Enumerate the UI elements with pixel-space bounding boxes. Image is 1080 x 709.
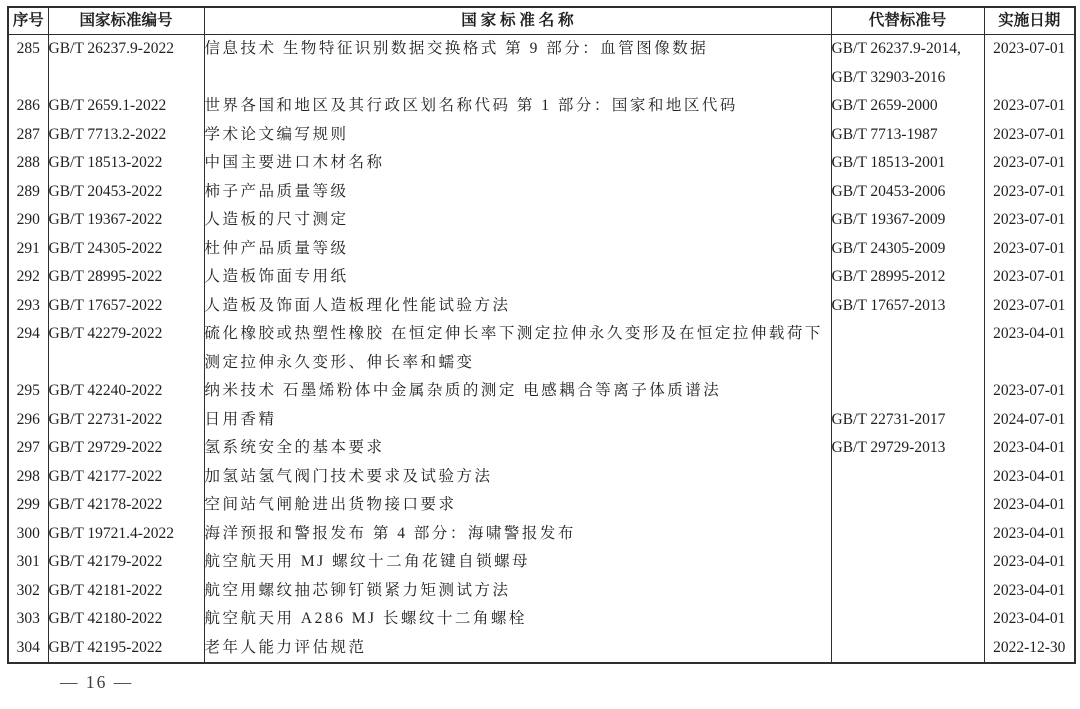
cell-code: GB/T 28995-2022 [48,263,204,292]
cell-code: GB/T 20453-2022 [48,178,204,207]
cell-name: 人造板饰面专用纸 [204,263,831,292]
cell-replaces: GB/T 29729-2013 [831,434,984,463]
table-row: 286GB/T 2659.1-2022世界各国和地区及其行政区划名称代码 第 1… [8,92,1075,121]
table-row: 297GB/T 29729-2022氢系统安全的基本要求GB/T 29729-2… [8,434,1075,463]
cell-code: GB/T 42195-2022 [48,634,204,664]
cell-date: 2023-04-01 [984,491,1075,520]
cell-index: 300 [8,520,48,549]
cell-index: 298 [8,463,48,492]
cell-name: 航空航天用 A286 MJ 长螺纹十二角螺栓 [204,605,831,634]
cell-index: 295 [8,377,48,406]
table-row: 285GB/T 26237.9-2022信息技术 生物特征识别数据交换格式 第 … [8,35,1075,93]
cell-code: GB/T 18513-2022 [48,149,204,178]
cell-replaces: GB/T 18513-2001 [831,149,984,178]
table-row: 304GB/T 42195-2022老年人能力评估规范2022-12-30 [8,634,1075,664]
table-row: 289GB/T 20453-2022柿子产品质量等级GB/T 20453-200… [8,178,1075,207]
header-code: 国家标准编号 [48,7,204,35]
table-row: 299GB/T 42178-2022空间站气闸舱进出货物接口要求2023-04-… [8,491,1075,520]
cell-code: GB/T 17657-2022 [48,292,204,321]
cell-index: 299 [8,491,48,520]
cell-code: GB/T 22731-2022 [48,406,204,435]
cell-index: 288 [8,149,48,178]
table-row: 302GB/T 42181-2022航空用螺纹抽芯铆钉锁紧力矩测试方法2023-… [8,577,1075,606]
cell-replaces [831,605,984,634]
standards-table: 序号 国家标准编号 国 家 标 准 名 称 代替标准号 实施日期 285GB/T… [7,6,1076,664]
cell-date: 2023-07-01 [984,292,1075,321]
cell-date: 2023-04-01 [984,463,1075,492]
cell-replaces: GB/T 20453-2006 [831,178,984,207]
cell-name: 日用香精 [204,406,831,435]
document-page: 序号 国家标准编号 国 家 标 准 名 称 代替标准号 实施日期 285GB/T… [0,0,1080,709]
cell-name: 信息技术 生物特征识别数据交换格式 第 9 部分：血管图像数据 [204,35,831,93]
cell-date: 2023-07-01 [984,92,1075,121]
header-row: 序号 国家标准编号 国 家 标 准 名 称 代替标准号 实施日期 [8,7,1075,35]
cell-date: 2024-07-01 [984,406,1075,435]
cell-replaces: GB/T 28995-2012 [831,263,984,292]
cell-date: 2023-07-01 [984,35,1075,93]
cell-date: 2023-07-01 [984,149,1075,178]
cell-date: 2023-07-01 [984,206,1075,235]
cell-index: 301 [8,548,48,577]
cell-replaces: GB/T 26237.9-2014, GB/T 32903-2016 [831,35,984,93]
cell-replaces: GB/T 7713-1987 [831,121,984,150]
cell-name: 人造板及饰面人造板理化性能试验方法 [204,292,831,321]
cell-index: 297 [8,434,48,463]
cell-name: 杜仲产品质量等级 [204,235,831,264]
cell-date: 2023-07-01 [984,235,1075,264]
cell-date: 2023-04-01 [984,548,1075,577]
table-body: 285GB/T 26237.9-2022信息技术 生物特征识别数据交换格式 第 … [8,35,1075,664]
table-row: 301GB/T 42179-2022航空航天用 MJ 螺纹十二角花键自锁螺母20… [8,548,1075,577]
cell-replaces [831,634,984,664]
cell-index: 302 [8,577,48,606]
cell-name: 中国主要进口木材名称 [204,149,831,178]
cell-name: 柿子产品质量等级 [204,178,831,207]
header-index: 序号 [8,7,48,35]
table-row: 292GB/T 28995-2022人造板饰面专用纸GB/T 28995-201… [8,263,1075,292]
cell-replaces [831,491,984,520]
cell-index: 289 [8,178,48,207]
cell-name: 纳米技术 石墨烯粉体中金属杂质的测定 电感耦合等离子体质谱法 [204,377,831,406]
cell-index: 285 [8,35,48,93]
cell-index: 290 [8,206,48,235]
cell-index: 294 [8,320,48,377]
table-row: 296GB/T 22731-2022日用香精GB/T 22731-2017202… [8,406,1075,435]
cell-date: 2023-04-01 [984,434,1075,463]
table-row: 300GB/T 19721.4-2022海洋预报和警报发布 第 4 部分：海啸警… [8,520,1075,549]
cell-code: GB/T 42177-2022 [48,463,204,492]
table-row: 290GB/T 19367-2022人造板的尺寸测定GB/T 19367-200… [8,206,1075,235]
cell-code: GB/T 42279-2022 [48,320,204,377]
cell-replaces [831,577,984,606]
cell-date: 2023-04-01 [984,577,1075,606]
cell-code: GB/T 42179-2022 [48,548,204,577]
cell-replaces [831,548,984,577]
cell-date: 2023-04-01 [984,605,1075,634]
cell-index: 304 [8,634,48,664]
page-number: — 16 — [60,672,133,693]
header-replaces: 代替标准号 [831,7,984,35]
cell-name: 老年人能力评估规范 [204,634,831,664]
table-row: 303GB/T 42180-2022航空航天用 A286 MJ 长螺纹十二角螺栓… [8,605,1075,634]
table-row: 287GB/T 7713.2-2022学术论文编写规则GB/T 7713-198… [8,121,1075,150]
header-name: 国 家 标 准 名 称 [204,7,831,35]
table-row: 295GB/T 42240-2022纳米技术 石墨烯粉体中金属杂质的测定 电感耦… [8,377,1075,406]
cell-date: 2023-07-01 [984,121,1075,150]
cell-replaces: GB/T 22731-2017 [831,406,984,435]
cell-index: 291 [8,235,48,264]
cell-name: 人造板的尺寸测定 [204,206,831,235]
cell-code: GB/T 24305-2022 [48,235,204,264]
cell-index: 286 [8,92,48,121]
cell-date: 2023-07-01 [984,263,1075,292]
cell-index: 287 [8,121,48,150]
cell-code: GB/T 26237.9-2022 [48,35,204,93]
table-row: 298GB/T 42177-2022加氢站氢气阀门技术要求及试验方法2023-0… [8,463,1075,492]
cell-date: 2023-07-01 [984,377,1075,406]
cell-code: GB/T 42178-2022 [48,491,204,520]
cell-name: 氢系统安全的基本要求 [204,434,831,463]
cell-date: 2023-07-01 [984,178,1075,207]
cell-replaces [831,320,984,377]
cell-replaces: GB/T 24305-2009 [831,235,984,264]
cell-code: GB/T 42240-2022 [48,377,204,406]
cell-name: 学术论文编写规则 [204,121,831,150]
cell-index: 292 [8,263,48,292]
cell-code: GB/T 29729-2022 [48,434,204,463]
cell-code: GB/T 19367-2022 [48,206,204,235]
table-header: 序号 国家标准编号 国 家 标 准 名 称 代替标准号 实施日期 [8,7,1075,35]
cell-index: 303 [8,605,48,634]
cell-replaces [831,520,984,549]
cell-replaces: GB/T 2659-2000 [831,92,984,121]
cell-code: GB/T 2659.1-2022 [48,92,204,121]
cell-index: 293 [8,292,48,321]
cell-replaces [831,377,984,406]
cell-code: GB/T 7713.2-2022 [48,121,204,150]
header-date: 实施日期 [984,7,1075,35]
table-row: 291GB/T 24305-2022杜仲产品质量等级GB/T 24305-200… [8,235,1075,264]
cell-date: 2022-12-30 [984,634,1075,664]
cell-replaces [831,463,984,492]
cell-code: GB/T 42181-2022 [48,577,204,606]
cell-index: 296 [8,406,48,435]
cell-name: 世界各国和地区及其行政区划名称代码 第 1 部分：国家和地区代码 [204,92,831,121]
cell-name: 航空用螺纹抽芯铆钉锁紧力矩测试方法 [204,577,831,606]
cell-date: 2023-04-01 [984,320,1075,377]
cell-name: 航空航天用 MJ 螺纹十二角花键自锁螺母 [204,548,831,577]
cell-name: 海洋预报和警报发布 第 4 部分：海啸警报发布 [204,520,831,549]
cell-code: GB/T 19721.4-2022 [48,520,204,549]
cell-name: 硫化橡胶或热塑性橡胶 在恒定伸长率下测定拉伸永久变形及在恒定拉伸载荷下测定拉伸永… [204,320,831,377]
cell-name: 加氢站氢气阀门技术要求及试验方法 [204,463,831,492]
cell-code: GB/T 42180-2022 [48,605,204,634]
table-row: 288GB/T 18513-2022中国主要进口木材名称GB/T 18513-2… [8,149,1075,178]
cell-replaces: GB/T 17657-2013 [831,292,984,321]
cell-name: 空间站气闸舱进出货物接口要求 [204,491,831,520]
cell-date: 2023-04-01 [984,520,1075,549]
cell-replaces: GB/T 19367-2009 [831,206,984,235]
table-row: 294GB/T 42279-2022硫化橡胶或热塑性橡胶 在恒定伸长率下测定拉伸… [8,320,1075,377]
table-row: 293GB/T 17657-2022人造板及饰面人造板理化性能试验方法GB/T … [8,292,1075,321]
